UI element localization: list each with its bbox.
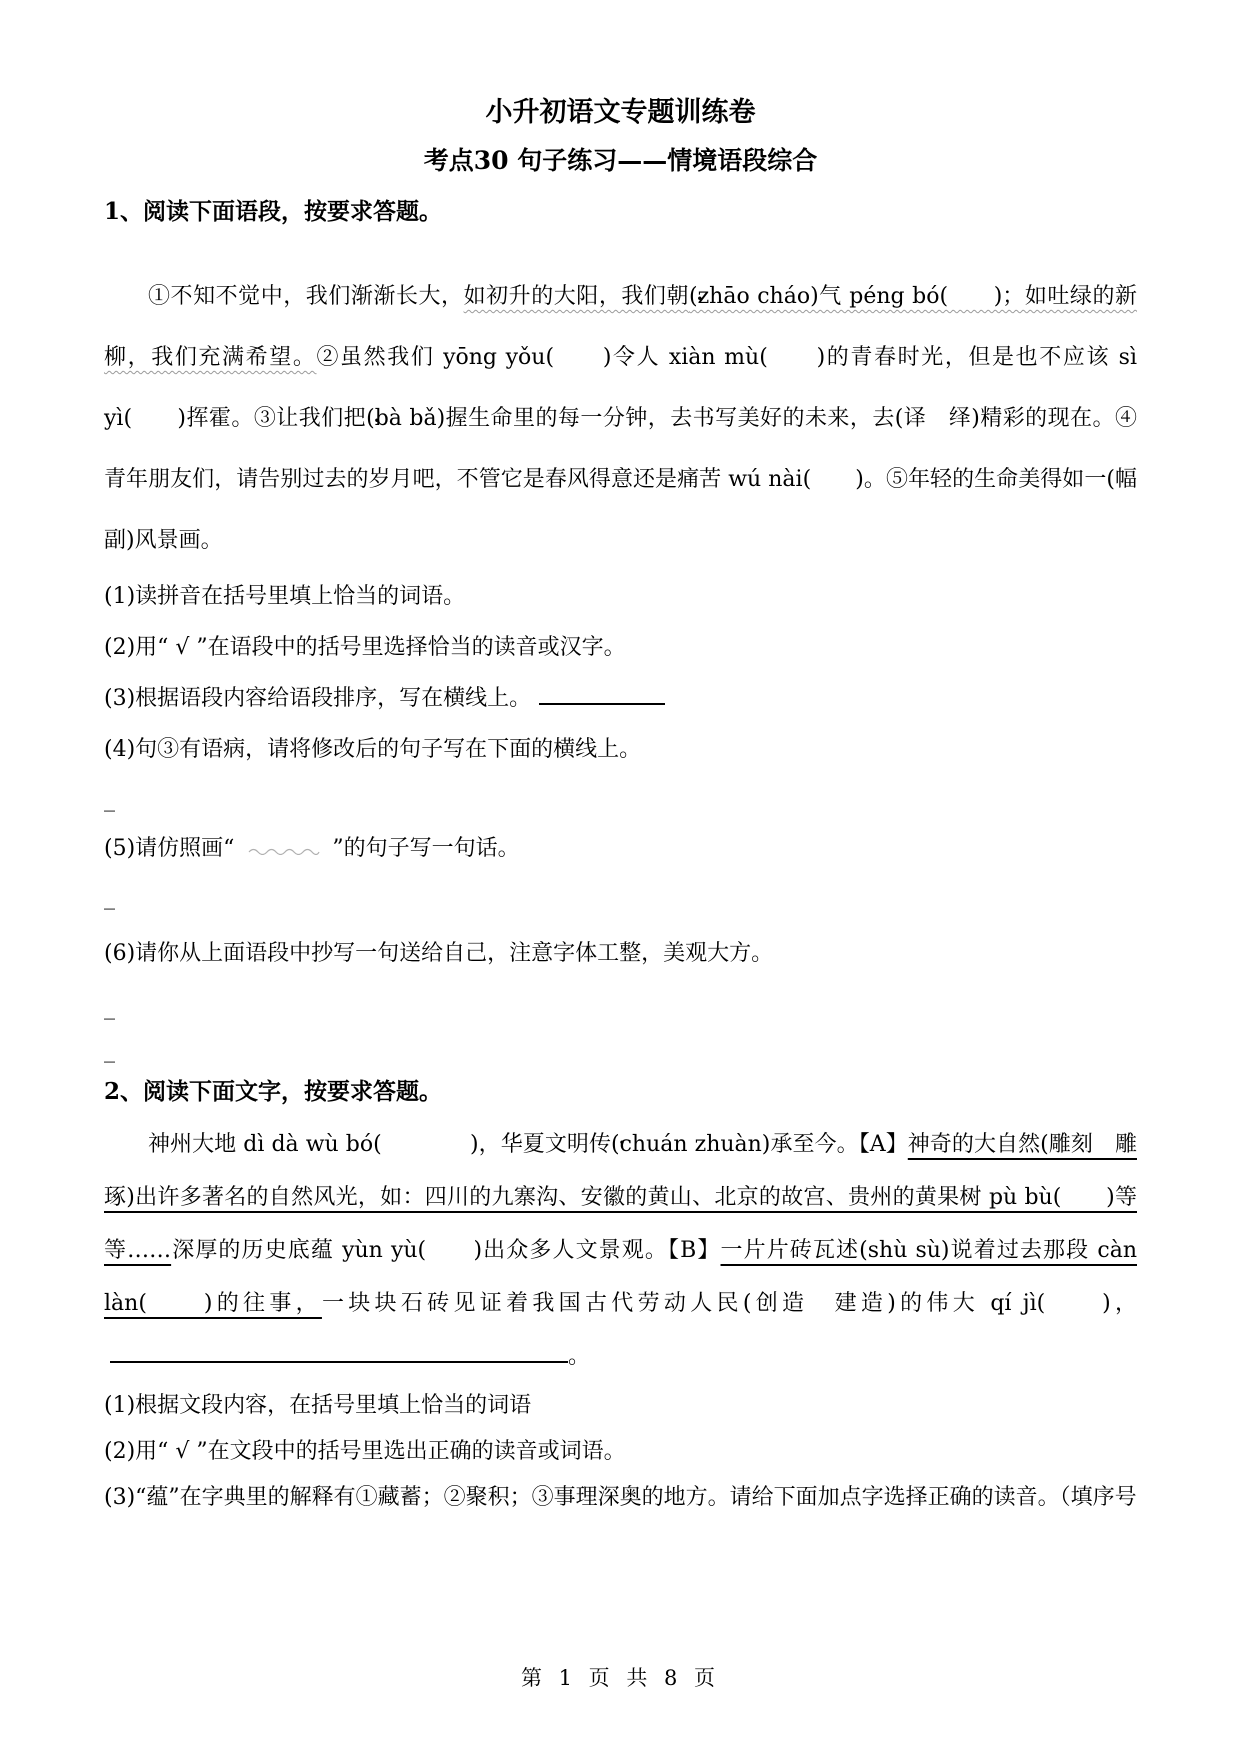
page-title: 小升初语文专题训练卷 [104, 96, 1137, 130]
answer-blank-short [539, 683, 665, 705]
section1-question-4: (4)句③有语病，请将修改后的句子写在下面的横线上。 [104, 724, 1137, 775]
section1-question-6: (6)请你从上面语段中抄写一句送给自己，注意字体工整，美观大方。 [104, 923, 1137, 985]
section2-passage: 神州大地 dì dà wù bó( )，华夏文明传(chuán zhuàn)承至… [104, 1118, 1137, 1383]
answer-line: _ [104, 985, 1137, 1030]
wavy-line-mark [248, 845, 320, 855]
section1-heading: 1、阅读下面语段，按要求答题。 [104, 194, 1137, 230]
emphasized-char-chuan: 传 [589, 1132, 611, 1157]
passage1-text: ①不知不觉中，我们渐渐长大， [148, 284, 464, 309]
section1-question-5: (5)请仿照画“”的句子写一句话。 [104, 825, 1137, 873]
section2-heading: 2、阅读下面文字，按要求答题。 [104, 1072, 1137, 1112]
section2-question-1: (1)根据文段内容，在括号里填上恰当的词语 [104, 1383, 1137, 1429]
exam-page: 小升初语文专题训练卷 考点30 句子练习——情境语段综合 1、阅读下面语段，按要… [0, 0, 1241, 1754]
section1-question-3: (3)根据语段内容给语段排序，写在横线上。 [104, 673, 1137, 724]
section1-passage: ①不知不觉中，我们渐渐长大，如初升的大阳，我们朝(zhāo cháo)气 pén… [104, 266, 1137, 571]
answer-line: _ [104, 873, 1137, 923]
emphasized-char-ba: 把 [344, 406, 366, 431]
emphasized-char-zhao: 朝 [666, 284, 689, 309]
page-number-footer: 第 1 页 共 8 页 [0, 1662, 1241, 1692]
answer-line: _ [104, 775, 1137, 825]
section2-question-3: (3)“蕴”在字典里的解释有①藏蓄；②聚积；③事理深奥的地方。请给下面加点字选择… [104, 1475, 1137, 1521]
section2-question-2: (2)用“ √ ”在文段中的括号里选出正确的读音或词语。 [104, 1429, 1137, 1475]
page-subtitle: 考点30 句子练习——情境语段综合 [104, 144, 1137, 178]
section1-question-2: (2)用“ √ ”在语段中的括号里选择恰当的读音或汉字。 [104, 622, 1137, 673]
answer-blank-long [110, 1341, 568, 1363]
section1-question-1: (1)读拼音在括号里填上恰当的词语。 [104, 571, 1137, 622]
answer-line: _ [104, 1030, 1137, 1072]
